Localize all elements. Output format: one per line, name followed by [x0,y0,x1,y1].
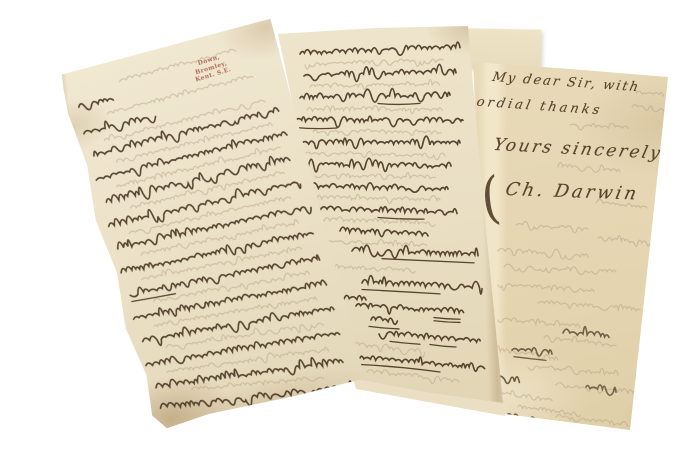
handwriting-stroke [130,165,285,214]
handwriting-stroke [300,89,450,102]
handwriting-stroke [103,94,265,147]
handwriting-stroke [304,64,456,81]
handwriting-stroke [514,357,546,361]
handwriting-stroke [360,356,485,371]
handwriting-stroke [305,59,443,69]
handwriting-stroke [504,264,616,274]
handwriting-stroke [107,72,253,116]
handwriting-stroke [78,95,114,112]
handwriting-stroke [315,173,435,180]
handwriting-stroke [636,91,664,96]
handwriting-stroke [498,248,588,259]
handwriting-stroke [378,217,424,219]
handwriting-stroke [434,321,460,323]
handwriting-stroke [538,301,640,311]
handwriting-stroke [327,239,427,246]
handwriting-stroke [310,79,440,88]
handwriting-stroke [506,414,536,426]
handwriting-stroke [317,217,435,227]
handwriting-stroke [295,116,463,127]
handwriting-stroke [430,345,456,348]
handwriting-stroke [335,265,415,274]
handwriting-stroke [556,415,628,427]
handwriting-stroke [302,136,460,148]
handwriting-stroke [492,430,536,440]
handwriting-stroke [300,42,460,55]
handwriting-stroke [307,106,442,114]
handwriting-stroke [310,194,440,203]
handwriting-stroke [305,152,445,160]
handwriting-stroke [528,366,618,375]
handwriting-stroke [356,303,464,314]
handwriting-stroke [378,103,420,104]
handwriting-stroke [344,295,366,300]
handwriting-stroke [160,355,355,440]
handwriting-stroke [369,326,399,329]
handwriting-stroke [516,221,588,233]
handwriting-stroke [302,158,451,172]
handwriting-stroke [498,318,580,328]
handwriting-stroke [371,317,397,324]
handwriting-stroke [295,128,337,129]
handwriting-stroke [563,327,609,338]
handwriting-stroke [500,390,552,400]
handwriting-stroke [379,331,480,342]
handwriting-stroke [558,162,620,172]
handwriting-stroke [570,123,628,130]
handwriting-stroke [382,259,474,263]
handwriting-stroke [352,245,478,258]
handwriting-stroke [355,342,425,357]
handwriting-stroke [362,290,440,294]
handwriting-stroke [362,276,482,294]
handwriting-stroke [340,227,428,236]
handwriting-stroke [518,405,580,417]
handwriting-stroke [498,284,594,292]
handwriting-stroke [632,105,666,113]
handwriting-stroke [300,180,448,192]
handwriting-stroke [390,341,420,344]
handwriting-stroke [434,318,460,320]
photo-canvas: My dear Sir, with cordial thanks Yours s… [0,0,700,465]
handwriting-stroke [302,204,457,215]
handwriting-stroke [313,129,441,135]
handwriting-stroke [598,236,650,247]
handwriting-stroke [367,370,459,384]
handwriting-stroke [105,148,291,212]
